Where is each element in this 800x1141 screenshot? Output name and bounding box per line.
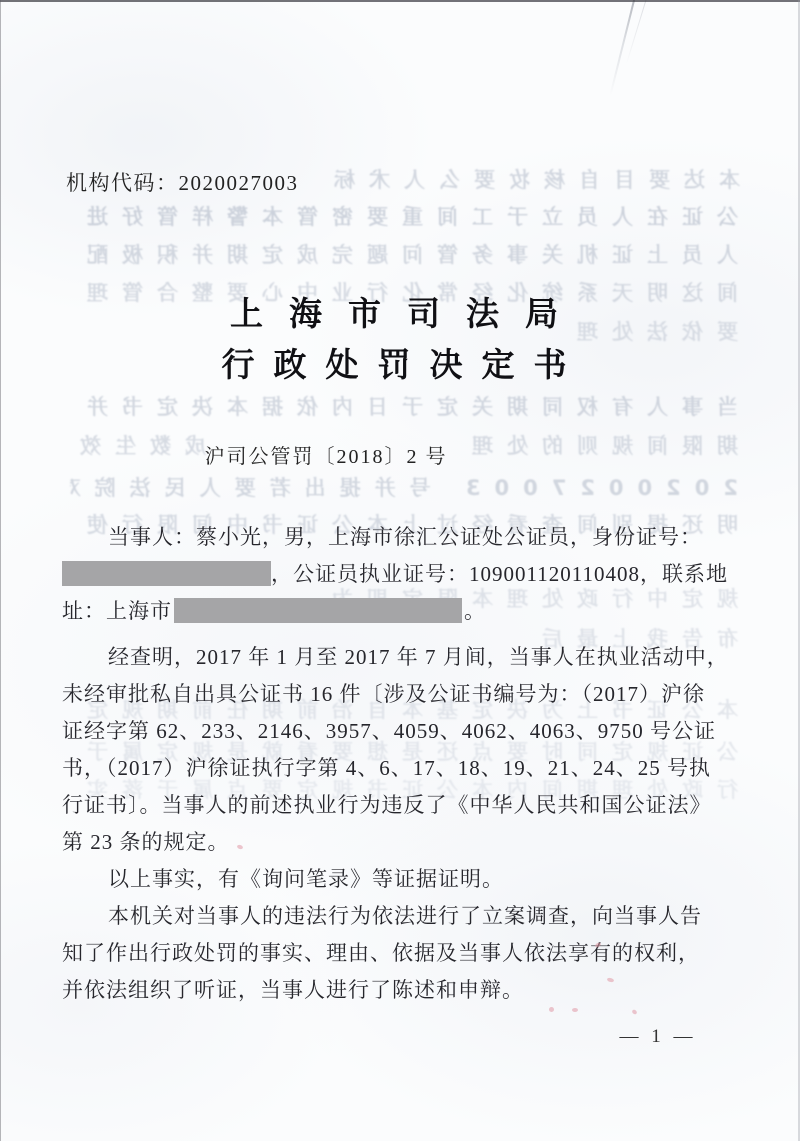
body-line-text: 。: [464, 599, 486, 623]
body-line: 本机关对当事人的违法行为依法进行了立案调查，向当事人告: [62, 898, 742, 935]
scan-edge-top: [0, 0, 800, 2]
bleedthrough-text: 公证在人员立于工间重要密管本警样管好进: [70, 205, 738, 229]
bleedthrough-text: 本达要目自核妆要么人术标: [330, 168, 740, 192]
paper-crease: [609, 0, 636, 96]
body-line: 知了作出行政处罚的事实、理由、依据及当事人依法享有的权利，: [62, 935, 742, 972]
body-line: 当事人：蔡小光，男，上海市徐汇公证处公证员，身份证号：: [62, 519, 742, 556]
body-line: 第 23 条的规定。: [62, 824, 742, 861]
paper-crease: [626, 0, 647, 65]
bleedthrough-text: 当事人有权同期关定于日内依据本决定书并: [70, 395, 738, 419]
body-line: 址：上海市。: [62, 593, 742, 630]
org-code-line: 机构代码：2020027003: [66, 167, 299, 197]
body-line-text: 址：上海市: [62, 599, 172, 623]
org-code-value: 2020027003: [179, 171, 299, 195]
paragraph-findings: 经查明，2017 年 1 月至 2017 年 7 月间，当事人在执业活动中， 未…: [62, 639, 742, 861]
redaction-box-id-number: [62, 561, 271, 586]
document-body: 当事人：蔡小光，男，上海市徐汇公证处公证员，身份证号： ，公证员执业证号：109…: [62, 519, 742, 1009]
document-number: 沪司公管罚〔2018〕2 号: [0, 440, 726, 469]
body-line-text: ，公证员执业证号：109001120110408，联系地: [271, 562, 728, 586]
paragraph-party-info: 当事人：蔡小光，男，上海市徐汇公证处公证员，身份证号： ，公证员执业证号：109…: [62, 519, 742, 630]
page-number: — 1 —: [608, 1026, 708, 1048]
document-title: 上海市司法局 行政处罚决定书: [0, 288, 794, 390]
bleedthrough-text: 2020027003 号并提出若要人民法院对指定是行政: [70, 476, 738, 500]
scanned-document-page: 本达要目自核妆要么人术标 公证在人员立于工间重要密管本警样管好进 人员上证机关事…: [0, 0, 800, 1141]
bleedthrough-text: 人员上证机关事务管问题完成定期并积极配: [70, 243, 738, 267]
document-title-line2: 行政处罚决定书: [0, 339, 800, 390]
body-line: 并依法组织了听证，当事人进行了陈述和申辩。: [62, 972, 742, 1009]
paragraph-procedure: 本机关对当事人的违法行为依法进行了立案调查，向当事人告 知了作出行政处罚的事实、…: [62, 898, 742, 1009]
body-line: ，公证员执业证号：109001120110408，联系地: [62, 556, 742, 593]
document-title-line1: 上海市司法局: [0, 288, 800, 339]
org-code-label: 机构代码：: [66, 171, 179, 195]
paragraph-evidence: 以上事实，有《询问笔录》等证据证明。: [62, 861, 742, 898]
scan-edge-left: [0, 0, 1, 1141]
body-line: 书，（2017）沪徐证执行字第 4、6、17、18、19、21、24、25 号执: [62, 750, 742, 787]
body-line: 经查明，2017 年 1 月至 2017 年 7 月间，当事人在执业活动中，: [62, 639, 742, 676]
body-line: 行证书〕。当事人的前述执业行为违反了《中华人民共和国公证法》: [62, 787, 742, 824]
body-line: 以上事实，有《询问笔录》等证据证明。: [62, 861, 742, 898]
redaction-box-address: [174, 598, 462, 623]
ink-speck: [631, 1009, 637, 1015]
body-line: 未经审批私自出具公证书 16 件〔涉及公证书编号为：（2017）沪徐: [62, 676, 742, 713]
body-line: 证经字第 62、233、2146、3957、4059、4062、4063、975…: [62, 713, 742, 750]
